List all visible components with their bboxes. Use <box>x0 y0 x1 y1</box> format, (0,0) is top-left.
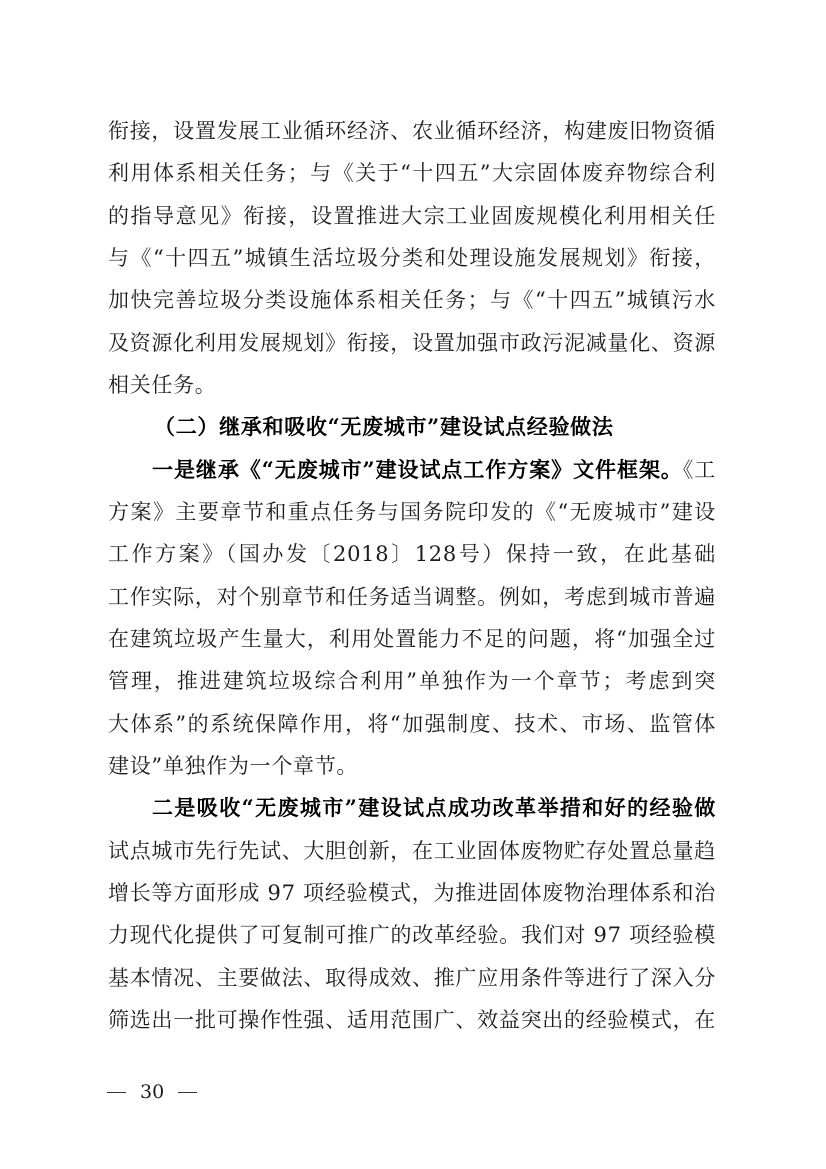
body-line: 工作方案》（国办发〔2018〕128号）保持一致，在此基础上，结合 <box>108 533 716 575</box>
section-heading: （二）继承和吸收“无废城市”建设试点经验做法 <box>108 406 716 448</box>
body-line: 工作实际，对个别章节和任务适当调整。例如，考虑到城市普遍存 <box>108 576 716 618</box>
body-line: 筛选出一批可操作性强、适用范围广、效益突出的经验模式，在《工 <box>108 999 716 1041</box>
page-number: 30 <box>107 1078 197 1106</box>
paragraph-lead-line: 一是继承《“无废城市”建设试点工作方案》文件框架。《工作 <box>108 449 716 491</box>
dash-left-icon <box>107 1092 126 1093</box>
body-line: 的指导意见》衔接，设置推进大宗工业固废规模化利用相关任务； <box>108 195 716 237</box>
body-line: 基本情况、主要做法、取得成效、推广应用条件等进行了深入分析， <box>108 957 716 999</box>
body-line: 建设”单独作为一个章节。 <box>108 745 716 787</box>
body-line: 在建筑垃圾产生量大，利用处置能力不足的问题，将“加强全过程 <box>108 618 716 660</box>
document-body: 衔接，设置发展工业循环经济、农业循环经济，构建废旧物资循环 利用体系相关任务；与… <box>108 110 716 1041</box>
body-line: 方案》主要章节和重点任务与国务院印发的《“无废城市”建设试点 <box>108 491 716 533</box>
body-line: 试点城市先行先试、大胆创新，在工业固体废物贮存处置总量趋零 <box>108 830 716 872</box>
body-line: 增长等方面形成 97 项经验模式，为推进固体废物治理体系和治理能 <box>108 872 716 914</box>
body-line: 及资源化利用发展规划》衔接，设置加强市政污泥减量化、资源化 <box>108 322 716 364</box>
body-line: 大体系”的系统保障作用，将“加强制度、技术、市场、监管体系 <box>108 703 716 745</box>
body-line: 力现代化提供了可复制可推广的改革经验。我们对 97 项经验模式的 <box>108 914 716 956</box>
dash-right-icon <box>178 1092 197 1093</box>
body-line: 衔接，设置发展工业循环经济、农业循环经济，构建废旧物资循环 <box>108 110 716 152</box>
page-number-value: 30 <box>140 1078 164 1106</box>
body-line: 与《“十四五”城镇生活垃圾分类和处理设施发展规划》衔接，设置 <box>108 237 716 279</box>
body-line: 利用体系相关任务；与《关于“十四五”大宗固体废弃物综合利用 <box>108 152 716 194</box>
document-page: 衔接，设置发展工业循环经济、农业循环经济，构建废旧物资循环 利用体系相关任务；与… <box>0 0 826 1169</box>
body-line: 管理，推进建筑垃圾综合利用”单独作为一个章节；考虑到突出“四 <box>108 660 716 702</box>
body-line: 加快完善垃圾分类设施体系相关任务；与《“十四五”城镇污水处理 <box>108 279 716 321</box>
paragraph-lead: 二是吸收“无废城市”建设试点成功改革举措和好的经验做法。 <box>108 787 716 829</box>
body-line: 相关任务。 <box>108 364 716 406</box>
paragraph-lead: 一是继承《“无废城市”建设试点工作方案》文件框架。 <box>152 457 683 482</box>
